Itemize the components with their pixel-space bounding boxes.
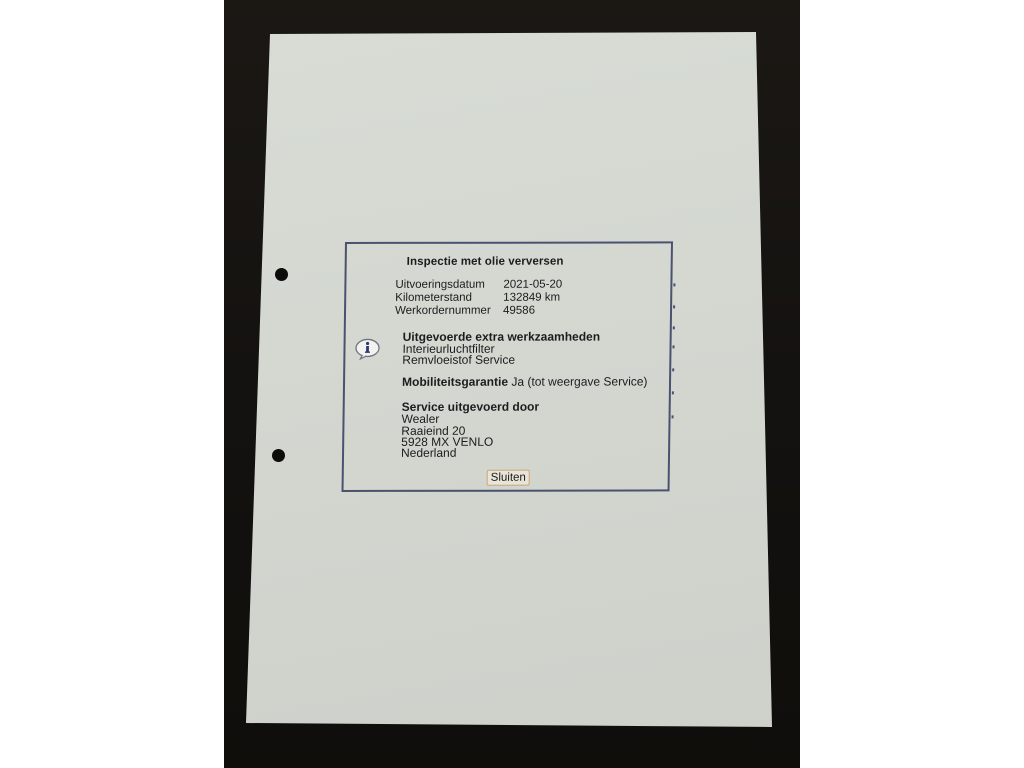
detail-value: 49586: [503, 305, 535, 317]
edge-mark: [672, 368, 674, 371]
detail-label: Kilometerstand: [395, 292, 503, 304]
dialog-title: Inspectie met olie verversen: [407, 256, 564, 268]
mobility-value: Ja (tot weergave Service): [511, 374, 647, 388]
edge-mark: [673, 305, 675, 308]
mobility-label: Mobiliteitsgarantie: [402, 375, 508, 389]
detail-label: Werkordernummer: [395, 305, 503, 317]
edge-mark: [673, 345, 675, 348]
info-speech-bubble-icon: [354, 338, 380, 360]
edge-mark: [673, 283, 675, 286]
service-record-dialog: Inspectie met olie verversen Uitvoerings…: [342, 241, 673, 492]
punch-hole: [272, 449, 285, 462]
detail-row: Uitvoeringsdatum2021-05-20: [395, 279, 562, 291]
service-by-line: Nederland: [401, 446, 457, 460]
edge-mark: [673, 326, 675, 329]
punch-hole: [275, 268, 288, 281]
detail-row: Kilometerstand132849 km: [395, 292, 560, 304]
mobility-row: Mobiliteitsgarantie Ja (tot weergave Ser…: [402, 374, 648, 388]
edge-mark: [672, 391, 674, 394]
extra-work-item: Remvloeistof Service: [402, 353, 515, 367]
detail-row: Werkordernummer49586: [395, 305, 535, 317]
detail-label: Uitvoeringsdatum: [395, 279, 503, 291]
detail-value: 2021-05-20: [503, 279, 562, 291]
edge-mark: [672, 415, 674, 418]
close-button[interactable]: Sluiten: [487, 470, 530, 486]
detail-value: 132849 km: [503, 292, 560, 304]
